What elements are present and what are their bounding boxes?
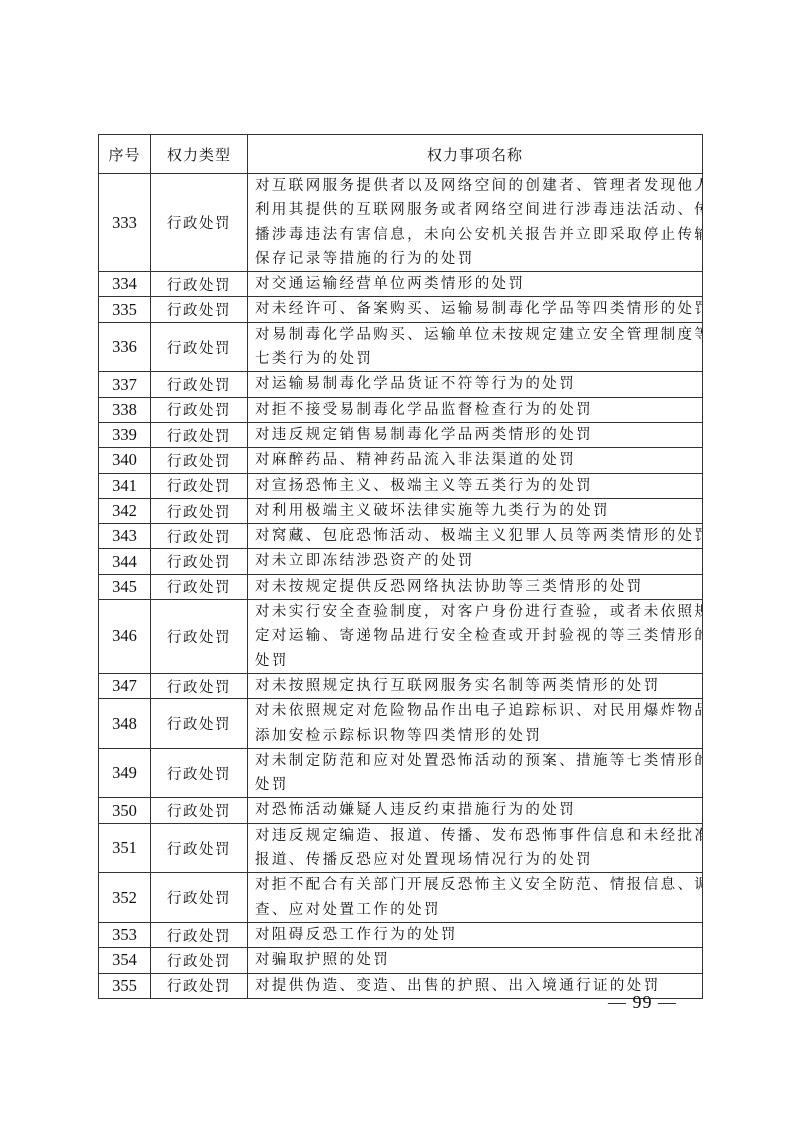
- power-item-name-cell: 对易制毒化学品购买、运输单位未按规定建立安全管理制度等七类行为的处罚: [248, 322, 703, 372]
- power-item-name-line: 对交通运输经营单位两类情形的处罚: [255, 272, 702, 296]
- serial-number-cell: 347: [99, 673, 151, 698]
- power-type-cell: 行政处罚: [151, 973, 248, 998]
- serial-number-cell: 345: [99, 574, 151, 599]
- serial-number-cell: 340: [99, 448, 151, 473]
- power-item-name-cell: 对运输易制毒化学品货证不符等行为的处罚: [248, 372, 703, 397]
- power-type-cell: 行政处罚: [151, 174, 248, 272]
- serial-number-cell: 355: [99, 973, 151, 998]
- power-item-name-line: 保存记录等措施的行为的处罚: [255, 247, 702, 271]
- serial-number-cell: 337: [99, 372, 151, 397]
- serial-number-cell: 344: [99, 549, 151, 574]
- header-power-type: 权力类型: [151, 135, 248, 174]
- power-type-cell: 行政处罚: [151, 673, 248, 698]
- power-item-name-line: 添加安检示踪标识物等四类情形的处罚: [255, 724, 702, 748]
- power-item-name-line: 对未制定防范和应对处置恐怖活动的预案、措施等七类情形的: [255, 749, 702, 773]
- serial-number-cell: 346: [99, 600, 151, 674]
- table-row: 352行政处罚对拒不配合有关部门开展反恐怖主义安全防范、情报信息、调查、应对处置…: [99, 873, 703, 923]
- table-row: 345行政处罚对未按规定提供反恐网络执法协助等三类情形的处罚: [99, 574, 703, 599]
- power-type-cell: 行政处罚: [151, 798, 248, 823]
- power-item-name-line: 查、应对处置工作的处罚: [255, 898, 702, 922]
- power-item-name-cell: 对利用极端主义破坏法律实施等九类行为的处罚: [248, 498, 703, 523]
- power-item-name-line: 对骗取护照的处罚: [255, 948, 702, 972]
- power-type-cell: 行政处罚: [151, 498, 248, 523]
- page-number: — 99 —: [608, 992, 677, 1013]
- serial-number-cell: 349: [99, 748, 151, 798]
- serial-number-cell: 354: [99, 948, 151, 973]
- serial-number-cell: 343: [99, 524, 151, 549]
- power-item-name-line: 对未依照规定对危险物品作出电子追踪标识、对民用爆炸物品: [255, 699, 702, 723]
- serial-number-cell: 333: [99, 174, 151, 272]
- power-item-name-cell: 对拒不接受易制毒化学品监督检查行为的处罚: [248, 397, 703, 422]
- power-item-name-cell: 对未依照规定对危险物品作出电子追踪标识、对民用爆炸物品添加安检示踪标识物等四类情…: [248, 699, 703, 749]
- power-item-name-line: 报道、传播反恐应对处置现场情况行为的处罚: [255, 848, 702, 872]
- table-row: 344行政处罚对未立即冻结涉恐资产的处罚: [99, 549, 703, 574]
- power-item-name-cell: 对未制定防范和应对处置恐怖活动的预案、措施等七类情形的处罚: [248, 748, 703, 798]
- power-item-name-cell: 对未按照规定执行互联网服务实名制等两类情形的处罚: [248, 673, 703, 698]
- table-row: 337行政处罚对运输易制毒化学品货证不符等行为的处罚: [99, 372, 703, 397]
- power-item-name-line: 处罚: [255, 649, 702, 673]
- power-item-name-cell: 对宣扬恐怖主义、极端主义等五类行为的处罚: [248, 473, 703, 498]
- power-type-cell: 行政处罚: [151, 549, 248, 574]
- serial-number-cell: 351: [99, 823, 151, 873]
- power-type-cell: 行政处罚: [151, 948, 248, 973]
- power-item-name-line: 对阻碍反恐工作行为的处罚: [255, 923, 702, 947]
- serial-number-cell: 341: [99, 473, 151, 498]
- table-row: 350行政处罚对恐怖活动嫌疑人违反约束措施行为的处罚: [99, 798, 703, 823]
- power-type-cell: 行政处罚: [151, 574, 248, 599]
- table-row: 347行政处罚对未按照规定执行互联网服务实名制等两类情形的处罚: [99, 673, 703, 698]
- power-item-name-line: 播涉毒违法有害信息，未向公安机关报告并立即采取停止传输、: [255, 223, 702, 247]
- serial-number-cell: 348: [99, 699, 151, 749]
- power-item-name-line: 对拒不配合有关部门开展反恐怖主义安全防范、情报信息、调: [255, 873, 702, 897]
- serial-number-cell: 353: [99, 922, 151, 947]
- table-header-row: 序号 权力类型 权力事项名称: [99, 135, 703, 174]
- power-item-name-line: 对违反规定编造、报道、传播、发布恐怖事件信息和未经批准: [255, 824, 702, 848]
- power-item-name-cell: 对麻醉药品、精神药品流入非法渠道的处罚: [248, 448, 703, 473]
- power-item-name-line: 对未立即冻结涉恐资产的处罚: [255, 549, 702, 573]
- power-item-name-line: 对拒不接受易制毒化学品监督检查行为的处罚: [255, 398, 702, 422]
- serial-number-cell: 352: [99, 873, 151, 923]
- power-item-name-cell: 对恐怖活动嫌疑人违反约束措施行为的处罚: [248, 798, 703, 823]
- table-row: 349行政处罚对未制定防范和应对处置恐怖活动的预案、措施等七类情形的处罚: [99, 748, 703, 798]
- table-row: 334行政处罚对交通运输经营单位两类情形的处罚: [99, 272, 703, 297]
- power-item-name-cell: 对窝藏、包庇恐怖活动、极端主义犯罪人员等两类情形的处罚: [248, 524, 703, 549]
- table-row: 333行政处罚对互联网服务提供者以及网络空间的创建者、管理者发现他人利用其提供的…: [99, 174, 703, 272]
- power-type-cell: 行政处罚: [151, 372, 248, 397]
- power-item-name-line: 对易制毒化学品购买、运输单位未按规定建立安全管理制度等: [255, 323, 702, 347]
- header-power-item-name: 权力事项名称: [248, 135, 703, 174]
- power-item-name-line: 对未按规定提供反恐网络执法协助等三类情形的处罚: [255, 575, 702, 599]
- power-item-name-cell: 对未按规定提供反恐网络执法协助等三类情形的处罚: [248, 574, 703, 599]
- power-item-name-line: 对麻醉药品、精神药品流入非法渠道的处罚: [255, 448, 702, 472]
- table-row: 336行政处罚对易制毒化学品购买、运输单位未按规定建立安全管理制度等七类行为的处…: [99, 322, 703, 372]
- table-row: 354行政处罚对骗取护照的处罚: [99, 948, 703, 973]
- table-row: 340行政处罚对麻醉药品、精神药品流入非法渠道的处罚: [99, 448, 703, 473]
- power-type-cell: 行政处罚: [151, 397, 248, 422]
- header-serial-number: 序号: [99, 135, 151, 174]
- power-type-cell: 行政处罚: [151, 748, 248, 798]
- power-type-cell: 行政处罚: [151, 322, 248, 372]
- power-type-cell: 行政处罚: [151, 297, 248, 322]
- power-item-name-cell: 对交通运输经营单位两类情形的处罚: [248, 272, 703, 297]
- power-item-name-line: 对违反规定销售易制毒化学品两类情形的处罚: [255, 423, 702, 447]
- power-item-name-line: 七类行为的处罚: [255, 347, 702, 371]
- power-type-cell: 行政处罚: [151, 448, 248, 473]
- power-item-name-line: 对利用极端主义破坏法律实施等九类行为的处罚: [255, 499, 702, 523]
- power-item-name-cell: 对违反规定编造、报道、传播、发布恐怖事件信息和未经批准报道、传播反恐应对处置现场…: [248, 823, 703, 873]
- serial-number-cell: 335: [99, 297, 151, 322]
- power-type-cell: 行政处罚: [151, 272, 248, 297]
- power-type-cell: 行政处罚: [151, 823, 248, 873]
- serial-number-cell: 336: [99, 322, 151, 372]
- power-type-cell: 行政处罚: [151, 600, 248, 674]
- power-type-cell: 行政处罚: [151, 473, 248, 498]
- power-item-name-line: 处罚: [255, 773, 702, 797]
- power-type-cell: 行政处罚: [151, 699, 248, 749]
- power-type-cell: 行政处罚: [151, 922, 248, 947]
- power-item-name-line: 对恐怖活动嫌疑人违反约束措施行为的处罚: [255, 798, 702, 822]
- power-item-name-cell: 对未实行安全查验制度，对客户身份进行查验，或者未依照规定对运输、寄递物品进行安全…: [248, 600, 703, 674]
- power-type-cell: 行政处罚: [151, 422, 248, 447]
- power-item-name-cell: 对拒不配合有关部门开展反恐怖主义安全防范、情报信息、调查、应对处置工作的处罚: [248, 873, 703, 923]
- power-item-name-line: 对未经许可、备案购买、运输易制毒化学品等四类情形的处罚: [255, 297, 702, 321]
- power-item-name-line: 对未按照规定执行互联网服务实名制等两类情形的处罚: [255, 674, 702, 698]
- power-item-name-line: 定对运输、寄递物品进行安全检查或开封验视的等三类情形的: [255, 624, 702, 648]
- power-items-table: 序号 权力类型 权力事项名称 333行政处罚对互联网服务提供者以及网络空间的创建…: [98, 134, 703, 999]
- table-row: 348行政处罚对未依照规定对危险物品作出电子追踪标识、对民用爆炸物品添加安检示踪…: [99, 699, 703, 749]
- power-item-name-cell: 对骗取护照的处罚: [248, 948, 703, 973]
- power-item-name-cell: 对互联网服务提供者以及网络空间的创建者、管理者发现他人利用其提供的互联网服务或者…: [248, 174, 703, 272]
- table-row: 351行政处罚对违反规定编造、报道、传播、发布恐怖事件信息和未经批准报道、传播反…: [99, 823, 703, 873]
- serial-number-cell: 339: [99, 422, 151, 447]
- table-row: 341行政处罚对宣扬恐怖主义、极端主义等五类行为的处罚: [99, 473, 703, 498]
- table-row: 353行政处罚对阻碍反恐工作行为的处罚: [99, 922, 703, 947]
- power-item-name-cell: 对未立即冻结涉恐资产的处罚: [248, 549, 703, 574]
- power-item-name-line: 对互联网服务提供者以及网络空间的创建者、管理者发现他人: [255, 174, 702, 198]
- serial-number-cell: 342: [99, 498, 151, 523]
- power-item-name-line: 对未实行安全查验制度，对客户身份进行查验，或者未依照规: [255, 600, 702, 624]
- table-row: 338行政处罚对拒不接受易制毒化学品监督检查行为的处罚: [99, 397, 703, 422]
- power-item-name-cell: 对阻碍反恐工作行为的处罚: [248, 922, 703, 947]
- table-row: 342行政处罚对利用极端主义破坏法律实施等九类行为的处罚: [99, 498, 703, 523]
- power-item-name-line: 利用其提供的互联网服务或者网络空间进行涉毒违法活动、传: [255, 198, 702, 222]
- serial-number-cell: 350: [99, 798, 151, 823]
- power-type-cell: 行政处罚: [151, 873, 248, 923]
- serial-number-cell: 334: [99, 272, 151, 297]
- table-row: 335行政处罚对未经许可、备案购买、运输易制毒化学品等四类情形的处罚: [99, 297, 703, 322]
- power-item-name-cell: 对未经许可、备案购买、运输易制毒化学品等四类情形的处罚: [248, 297, 703, 322]
- power-item-name-cell: 对违反规定销售易制毒化学品两类情形的处罚: [248, 422, 703, 447]
- power-item-name-line: 对窝藏、包庇恐怖活动、极端主义犯罪人员等两类情形的处罚: [255, 524, 702, 548]
- table-row: 343行政处罚对窝藏、包庇恐怖活动、极端主义犯罪人员等两类情形的处罚: [99, 524, 703, 549]
- table-row: 346行政处罚对未实行安全查验制度，对客户身份进行查验，或者未依照规定对运输、寄…: [99, 600, 703, 674]
- table-body: 333行政处罚对互联网服务提供者以及网络空间的创建者、管理者发现他人利用其提供的…: [99, 174, 703, 999]
- serial-number-cell: 338: [99, 397, 151, 422]
- power-type-cell: 行政处罚: [151, 524, 248, 549]
- power-item-name-line: 对宣扬恐怖主义、极端主义等五类行为的处罚: [255, 474, 702, 498]
- power-item-name-line: 对运输易制毒化学品货证不符等行为的处罚: [255, 372, 702, 396]
- table-row: 339行政处罚对违反规定销售易制毒化学品两类情形的处罚: [99, 422, 703, 447]
